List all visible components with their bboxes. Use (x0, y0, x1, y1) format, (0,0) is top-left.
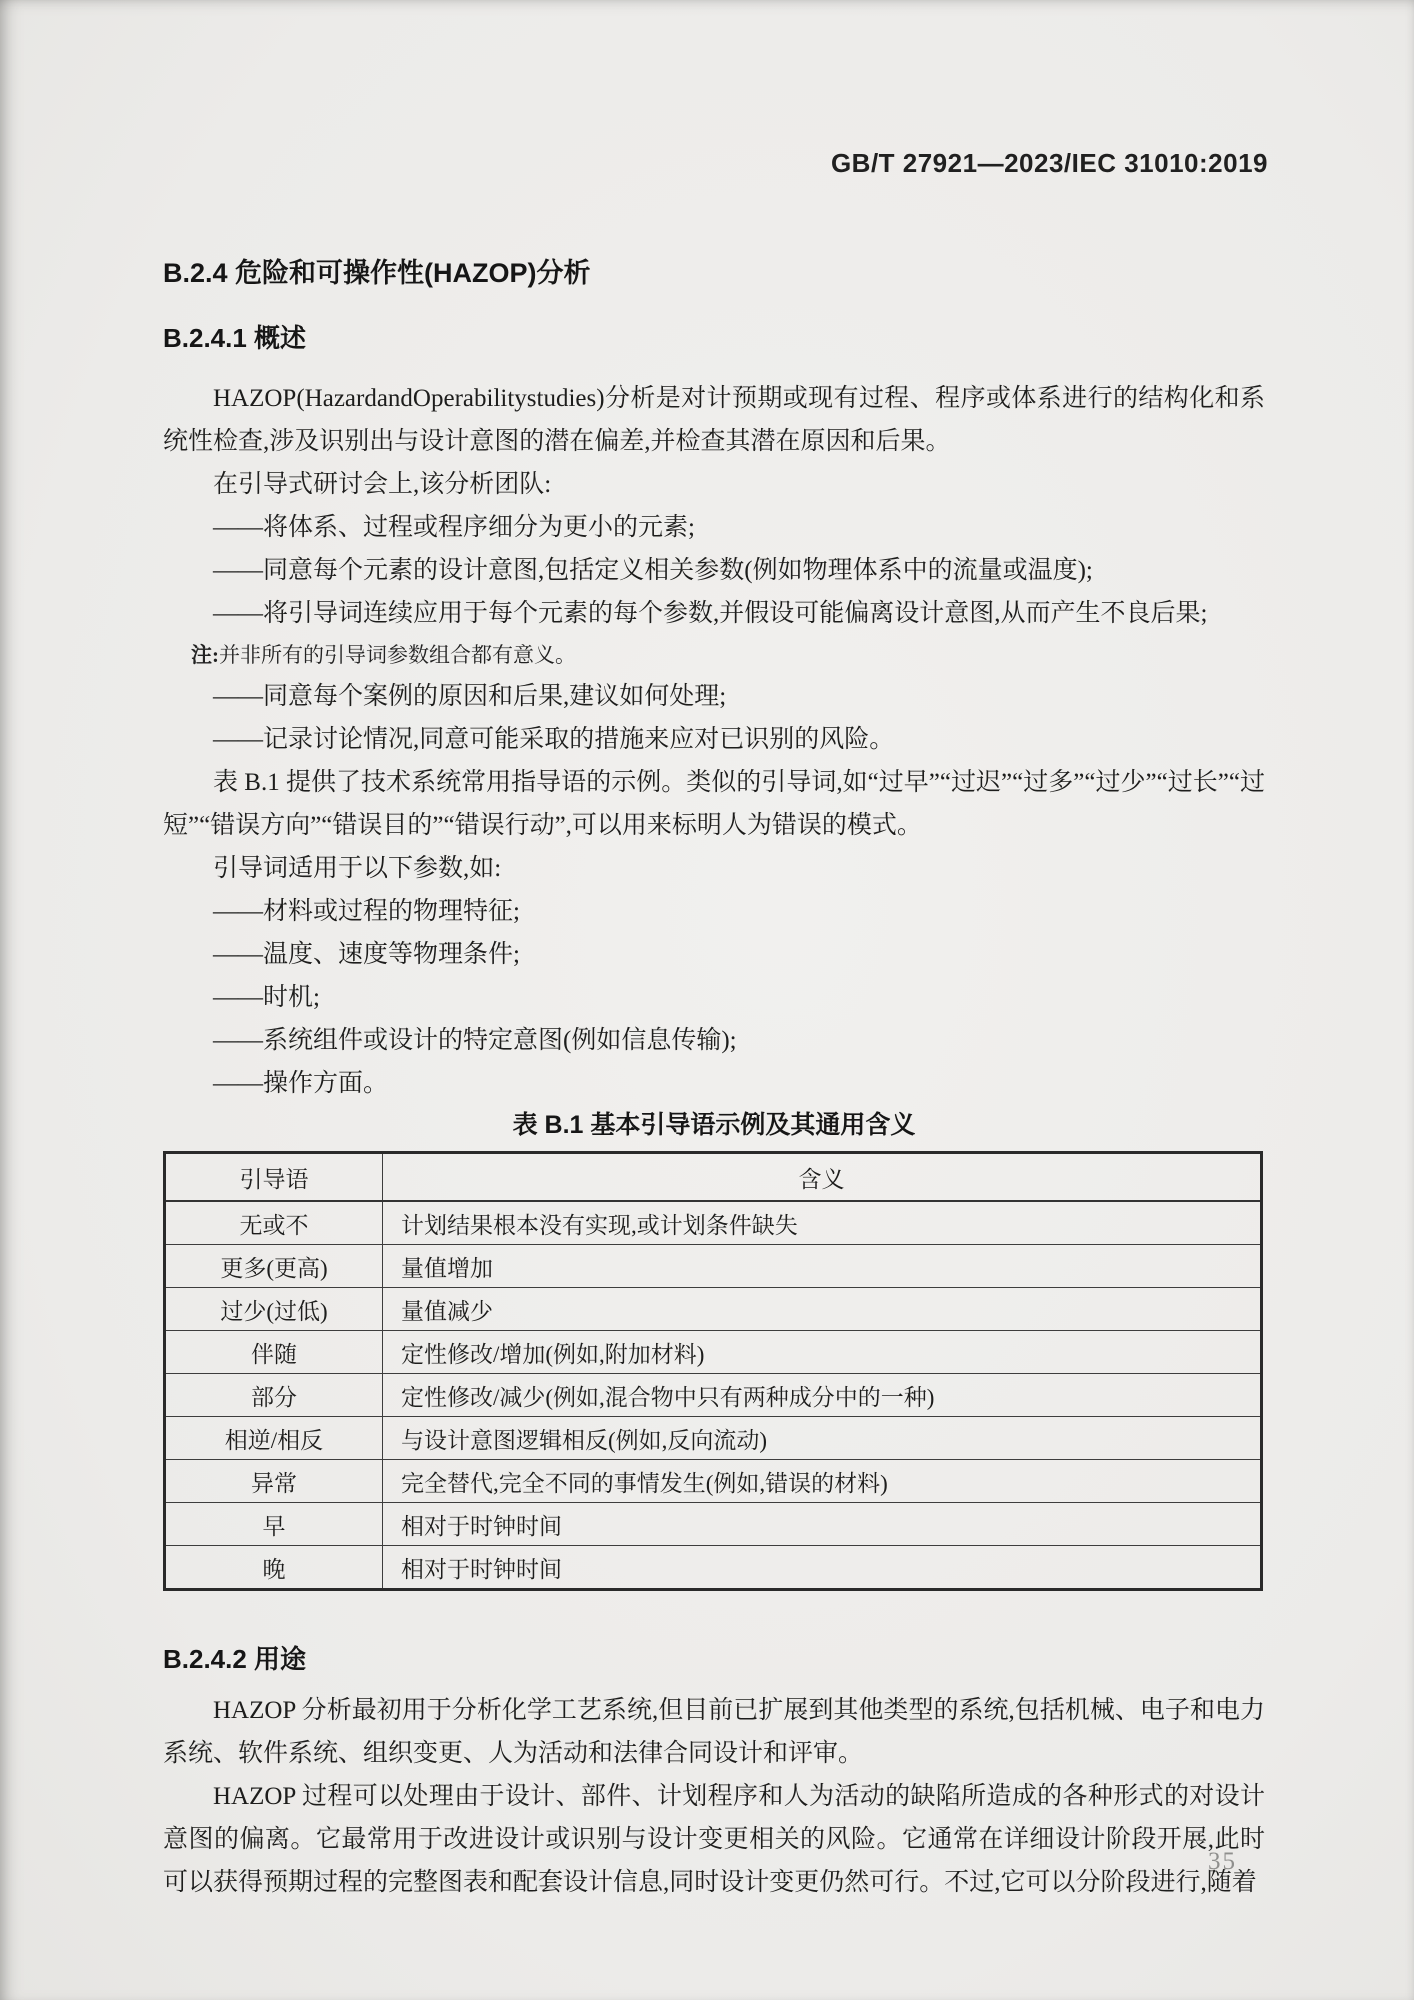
paragraph: 引导词适用于以下参数,如: (163, 847, 1265, 890)
table-row: 过少(过低) 量值减少 (165, 1288, 1262, 1331)
table-header-row: 引导语 含义 (165, 1153, 1262, 1202)
table-row: 更多(更高) 量值增加 (165, 1245, 1262, 1288)
list-item: ——记录讨论情况,同意可能采取的措施来应对已识别的风险。 (163, 718, 1265, 761)
paragraph: HAZOP 分析最初用于分析化学工艺系统,但目前已扩展到其他类型的系统,包括机械… (163, 1689, 1265, 1775)
paragraph: 表 B.1 提供了技术系统常用指导语的示例。类似的引导词,如“过早”“过迟”“过… (163, 761, 1265, 847)
section-heading-b242: B.2.4.2 用途 (163, 1641, 1265, 1677)
note-line: 注:并非所有的引导词参数组合都有意义。 (163, 635, 1265, 675)
page-number: 35 (1208, 1848, 1237, 1876)
note-label: 注: (191, 643, 219, 667)
list-item: ——将引导词连续应用于每个元素的每个参数,并假设可能偏离设计意图,从而产生不良后… (163, 592, 1265, 635)
table-cell-meaning: 定性修改/减少(例如,混合物中只有两种成分中的一种) (383, 1374, 1262, 1417)
note-text: 并非所有的引导词参数组合都有意义。 (219, 643, 576, 667)
paragraph: HAZOP(HazardandOperabilitystudies)分析是对计预… (163, 377, 1265, 463)
table-cell-meaning: 完全替代,完全不同的事情发生(例如,错误的材料) (383, 1460, 1262, 1503)
list-item: ——同意每个案例的原因和后果,建议如何处理; (163, 675, 1265, 718)
document-page: GB/T 27921—2023/IEC 31010:2019 B.2.4 危险和… (0, 0, 1414, 2000)
table-cell-meaning: 量值增加 (383, 1245, 1262, 1288)
table-row: 无或不 计划结果根本没有实现,或计划条件缺失 (165, 1201, 1262, 1245)
table-row: 晚 相对于时钟时间 (165, 1546, 1262, 1590)
section-heading-b241: B.2.4.1 概述 (163, 320, 1265, 356)
table-cell-term: 部分 (165, 1374, 383, 1417)
list-item: ——时机; (163, 976, 1265, 1019)
table-cell-meaning: 量值减少 (383, 1288, 1262, 1331)
table-row: 早 相对于时钟时间 (165, 1503, 1262, 1546)
paragraph: 在引导式研讨会上,该分析团队: (163, 463, 1265, 506)
list-item: ——材料或过程的物理特征; (163, 890, 1265, 933)
list-item: ——温度、速度等物理条件; (163, 933, 1265, 976)
list-item: ——将体系、过程或程序细分为更小的元素; (163, 506, 1265, 549)
table-cell-meaning: 相对于时钟时间 (383, 1546, 1262, 1590)
column-header-guide-word: 引导语 (165, 1153, 383, 1202)
table-cell-term: 无或不 (165, 1201, 383, 1245)
page-content: B.2.4 危险和可操作性(HAZOP)分析 B.2.4.1 概述 HAZOP(… (163, 0, 1265, 1904)
table-cell-term: 相逆/相反 (165, 1417, 383, 1460)
list-item: ——操作方面。 (163, 1062, 1265, 1105)
list-item: ——同意每个元素的设计意图,包括定义相关参数(例如物理体系中的流量或温度); (163, 549, 1265, 592)
guide-words-table: 引导语 含义 无或不 计划结果根本没有实现,或计划条件缺失 更多(更高) 量值增… (163, 1151, 1263, 1591)
table-cell-term: 伴随 (165, 1331, 383, 1374)
table-cell-term: 更多(更高) (165, 1245, 383, 1288)
table-row: 异常 完全替代,完全不同的事情发生(例如,错误的材料) (165, 1460, 1262, 1503)
table-caption: 表 B.1 基本引导语示例及其通用含义 (163, 1109, 1265, 1141)
section-heading-b24: B.2.4 危险和可操作性(HAZOP)分析 (163, 255, 1265, 291)
table-row: 部分 定性修改/减少(例如,混合物中只有两种成分中的一种) (165, 1374, 1262, 1417)
table-body: 无或不 计划结果根本没有实现,或计划条件缺失 更多(更高) 量值增加 过少(过低… (165, 1201, 1262, 1590)
table-cell-meaning: 与设计意图逻辑相反(例如,反向流动) (383, 1417, 1262, 1460)
column-header-meaning: 含义 (383, 1153, 1262, 1202)
table-cell-term: 晚 (165, 1546, 383, 1590)
table-cell-meaning: 相对于时钟时间 (383, 1503, 1262, 1546)
table-row: 相逆/相反 与设计意图逻辑相反(例如,反向流动) (165, 1417, 1262, 1460)
table-cell-term: 过少(过低) (165, 1288, 383, 1331)
table-cell-meaning: 定性修改/增加(例如,附加材料) (383, 1331, 1262, 1374)
paragraph: HAZOP 过程可以处理由于设计、部件、计划程序和人为活动的缺陷所造成的各种形式… (163, 1775, 1265, 1904)
table-header: 引导语 含义 (165, 1153, 1262, 1202)
table-cell-meaning: 计划结果根本没有实现,或计划条件缺失 (383, 1201, 1262, 1245)
table-cell-term: 异常 (165, 1460, 383, 1503)
list-item: ——系统组件或设计的特定意图(例如信息传输); (163, 1019, 1265, 1062)
table-row: 伴随 定性修改/增加(例如,附加材料) (165, 1331, 1262, 1374)
table-cell-term: 早 (165, 1503, 383, 1546)
